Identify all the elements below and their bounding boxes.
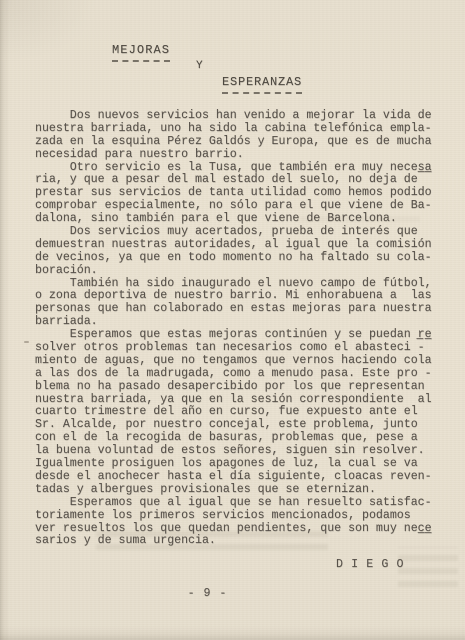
text-line: desde el anochecer hasta el día siguient… xyxy=(35,471,445,484)
text-line: toriamente los primeros servicios mencio… xyxy=(35,510,445,523)
paper-speck xyxy=(24,341,29,343)
title-conjunction: Y xyxy=(196,60,203,72)
scanned-page: MEJORAS Y ESPERANZAS Dos nuevos servicio… xyxy=(0,0,465,640)
title-word-mejoras: MEJORAS xyxy=(112,43,170,62)
text-line: de vecinos, ya que en todo momento no ha… xyxy=(35,252,445,265)
text-line: miento de aguas, que no tengamos que ver… xyxy=(35,355,445,368)
document-body: Dos nuevos servicios han venido a mejora… xyxy=(35,110,445,548)
text-line: solver otros problemas tan necesarios co… xyxy=(35,342,445,355)
text-line: demuestran nuestras autoridades, al igua… xyxy=(35,239,445,252)
text-line: Dos nuevos servicios han venido a mejora… xyxy=(35,110,445,123)
text-line: tadas y albergues provisionales que se e… xyxy=(35,484,445,497)
text-line: necesidad para nuestro barrio. xyxy=(35,149,445,162)
text-line: Esperamos que al igual que se han resuel… xyxy=(35,497,445,510)
bleed-through-marks xyxy=(398,547,458,587)
text-line: Dos servicios muy acertados, prueba de i… xyxy=(35,226,445,239)
text-line: Igualmente prosiguen los apagones de luz… xyxy=(35,458,445,471)
text-line: zada en la esquina Pérez Galdós y Europa… xyxy=(35,136,445,149)
signature: D I E G O xyxy=(336,558,404,571)
text-line: nuestra barriada, uno ha sido la cabina … xyxy=(35,123,445,136)
text-line: blema no ha pasado desapercibido por los… xyxy=(35,381,445,394)
text-line: boración. xyxy=(35,265,445,278)
text-line: a las dos de la madrugada, como a menudo… xyxy=(35,368,445,381)
page-number: - 9 - xyxy=(0,587,415,600)
text-line: sarios y de suma urgencia. xyxy=(35,535,445,548)
title-word-esperanzas: ESPERANZAS xyxy=(222,75,302,94)
